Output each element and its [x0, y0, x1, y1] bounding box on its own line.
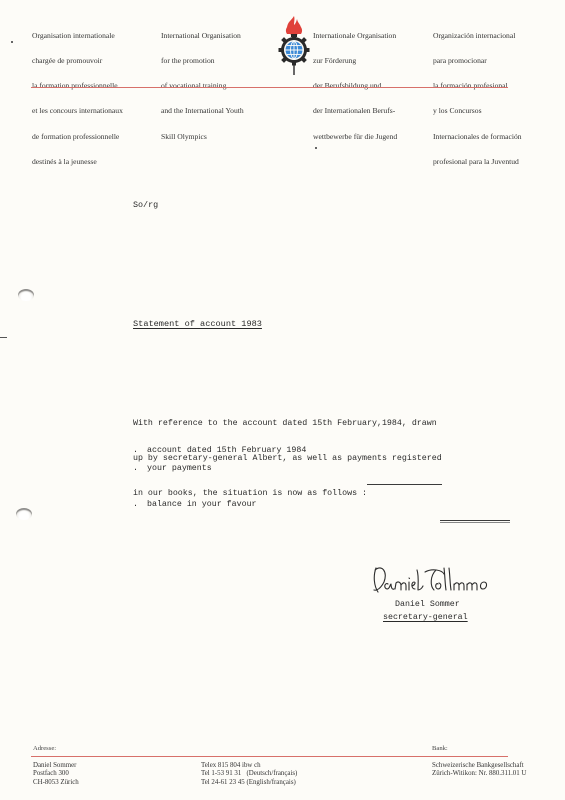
letter-page: Organisation internationale chargée de p…: [0, 0, 565, 800]
bullet: .: [133, 446, 147, 455]
letter-subject: Statement of account 1983: [133, 319, 262, 329]
letterhead-line: et les concours internationaux: [32, 107, 123, 115]
footer-line: Telex 815 804 ibw ch: [201, 762, 297, 770]
footer-line: CH-8053 Zürich: [33, 779, 79, 787]
letterhead-line: para promocionar: [433, 57, 522, 65]
statement-item-account: .account dated 15th February 1984: [133, 446, 306, 455]
letterhead-line: Organización internacional: [433, 32, 522, 40]
letterhead-line: de formation professionnelle: [32, 133, 123, 141]
item-label: account dated 15th February 1984: [147, 446, 306, 455]
reference-initials: So/rg: [133, 200, 158, 210]
footer-line: Tel 1-53 91 31 (Deutsch/français): [201, 770, 297, 778]
footer-line: Daniel Sommer: [33, 762, 79, 770]
total-line: [440, 520, 510, 521]
total-double-line: [440, 522, 510, 523]
scan-speck: [315, 147, 317, 149]
letterhead-line: and the International Youth: [161, 107, 244, 115]
item-label: balance in your favour: [147, 500, 257, 509]
punch-hole: [18, 289, 34, 301]
letterhead-line: profesional para la Juventud: [433, 158, 522, 166]
letterhead-line: Skill Olympics: [161, 133, 244, 141]
footer-line: Postfach 300: [33, 770, 79, 778]
letterhead-line: zur Förderung: [313, 57, 397, 65]
letterhead-line: destinés à la jeunesse: [32, 158, 123, 166]
address-label: Adresse:: [33, 745, 56, 752]
bank-label: Bank:: [432, 745, 448, 752]
letterhead-line: Internationale Organisation: [313, 32, 397, 40]
paragraph-line: With reference to the account dated 15th…: [133, 418, 442, 430]
letterhead-line: y los Concursos: [433, 107, 522, 115]
signatory-title: secretary-general: [383, 613, 468, 622]
globe-gear-flame-icon: [274, 12, 314, 76]
letterhead-line: chargée de promouvoir: [32, 57, 123, 65]
footer-line: Tel 24-61 23 45 (English/français): [201, 779, 297, 787]
scan-speck: [11, 41, 13, 43]
item-label: your payments: [147, 464, 212, 473]
subtotal-line: [367, 484, 442, 485]
footer-contact: Telex 815 804 ibw ch Tel 1-53 91 31 (Deu…: [201, 762, 297, 787]
letterhead-line: Internacionales de formación: [433, 133, 522, 141]
handwritten-signature: [370, 562, 510, 596]
footer-bank: Schweizerische Bankgesellschaft Zürich-W…: [432, 762, 526, 779]
paragraph-line: in our books, the situation is now as fo…: [133, 488, 442, 500]
statement-item-payments: .your payments: [133, 464, 212, 473]
signatory-name: Daniel Sommer: [395, 600, 460, 609]
statement-item-balance: .balance in your favour: [133, 500, 257, 509]
letterhead-divider: [31, 87, 508, 88]
letterhead-line: for the promotion: [161, 57, 244, 65]
letterhead-line: International Organisation: [161, 32, 244, 40]
footer-address: Daniel Sommer Postfach 300 CH-8053 Züric…: [33, 762, 79, 787]
letterhead-french: Organisation internationale chargée de p…: [32, 15, 123, 183]
punch-hole: [16, 508, 32, 520]
letterhead-line: wettbewerbe für die Jugend: [313, 133, 397, 141]
fold-mark: [0, 337, 7, 338]
letterhead-spanish: Organización internacional para promocio…: [433, 15, 522, 183]
letterhead-line: der Internationalen Berufs-: [313, 107, 397, 115]
footer-divider: [31, 756, 508, 757]
bullet: .: [133, 464, 147, 473]
letterhead-line: Organisation internationale: [32, 32, 123, 40]
bullet: .: [133, 500, 147, 509]
footer-line: Zürich-Witikon: Nr. 880.311.01 U: [432, 770, 526, 778]
footer-line: Schweizerische Bankgesellschaft: [432, 762, 526, 770]
